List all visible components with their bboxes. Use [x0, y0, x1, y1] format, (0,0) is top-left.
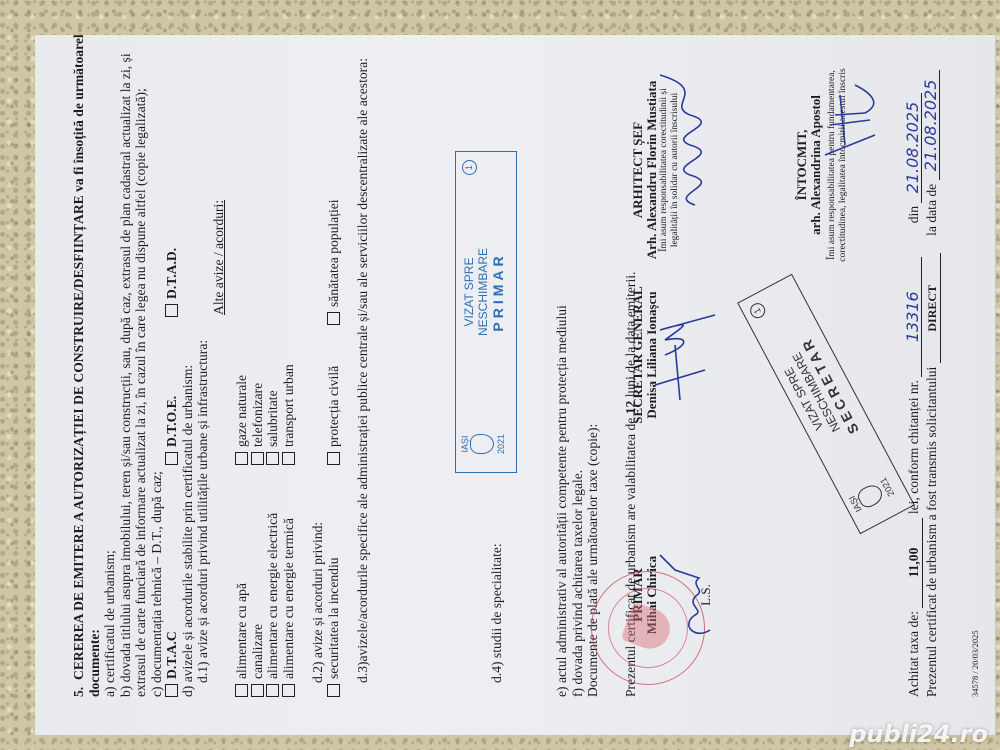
stamp-line2: NESCHIMBARE — [770, 314, 862, 471]
stamp-line1: VIZAT SPRE — [462, 192, 476, 392]
din-label: din — [906, 206, 921, 223]
utility-label: transport urban — [281, 364, 296, 447]
checkbox[interactable] — [327, 312, 340, 325]
utilities-left: alimentare cu apă canalizare alimentare … — [234, 465, 296, 697]
utility-option[interactable]: alimentare cu energie termică — [281, 465, 297, 697]
mayor-signature — [655, 530, 735, 650]
item-a: a) certificatul de urbanism; — [102, 65, 118, 697]
item-f: f) dovada privind achitarea taxelor lega… — [570, 65, 586, 697]
section-number: 5. — [71, 687, 86, 697]
receipt-number: 13316 — [905, 257, 922, 377]
utility-option[interactable]: telefonizare — [250, 364, 266, 465]
item-c: c) documentația tehnică – D.T., după caz… — [149, 65, 165, 697]
item-d1: d.1) avize și acorduri privind utilități… — [195, 65, 211, 697]
utility-option[interactable]: gaze naturale — [234, 364, 250, 465]
utility-option[interactable]: salubritate — [265, 364, 281, 465]
utility-option[interactable]: alimentare cu apă — [234, 465, 250, 697]
checkbox[interactable] — [282, 684, 295, 697]
transmission-mode: DIRECT — [924, 253, 941, 363]
other-approvals-header: Alte avize / acorduri: — [211, 65, 227, 697]
stamp-number: 1 — [748, 301, 768, 321]
utilities-grid: alimentare cu apă canalizare alimentare … — [234, 65, 296, 697]
checkbox[interactable] — [282, 452, 295, 465]
item-d3: d.3)avizele/acordurile specifice ale adm… — [355, 65, 371, 697]
stamp-role: PRIMAR — [490, 192, 506, 392]
checkbox[interactable] — [165, 452, 178, 465]
utility-option[interactable]: transport urban — [281, 364, 297, 465]
d2-option[interactable]: sănătatea populației — [326, 199, 342, 325]
stamp-year: 2021 — [496, 424, 506, 464]
document-photo: 5. CEREREA DE EMITERE A AUTORIZAȚIEI DE … — [35, 35, 995, 735]
utility-label: salubritate — [265, 390, 280, 447]
dt-option-label: D.T.A.C — [164, 631, 179, 679]
crest-icon — [470, 434, 494, 454]
utility-option[interactable]: alimentare cu energie electrică — [265, 465, 281, 697]
transmission-line: Prezentul certificat de urbanism a fost … — [923, 55, 941, 697]
dt-option-label: D.T.O.E. — [164, 396, 179, 447]
payment-amount: 11,00 — [906, 518, 923, 608]
d2-option-label: securitatea la incendiu — [326, 557, 341, 679]
stamp-text: VIZAT SPRE NESCHIMBARE SECRETAR — [758, 306, 877, 477]
publi24-watermark: publi24.ro — [849, 720, 988, 748]
dt-option[interactable]: D.T.O.E. — [164, 317, 180, 465]
dt-option-label: D.T.A.D. — [164, 248, 179, 299]
receipt-date: 21.08.2025 — [905, 93, 922, 203]
stamp-text: VIZAT SPRE NESCHIMBARE PRIMAR — [462, 192, 506, 392]
d2-option-label: sănătatea populației — [326, 199, 341, 307]
checkbox[interactable] — [235, 452, 248, 465]
primar-approval-stamp: IAȘI 2021 VIZAT SPRE NESCHIMBARE PRIMAR … — [455, 151, 517, 473]
dt-options: D.T.A.C D.T.O.E. D.T.A.D. — [164, 65, 180, 697]
secretary-signature — [645, 295, 725, 415]
urbanism-certificate-page: 5. CEREREA DE EMITERE A AUTORIZAȚIEI DE … — [35, 35, 995, 735]
utility-label: alimentare cu apă — [234, 583, 249, 679]
utility-label: alimentare cu energie electrică — [265, 513, 280, 679]
stamp-city: IAȘI — [460, 424, 470, 464]
stamp-city-crest: IAȘI 2021 — [842, 467, 901, 524]
dt-option[interactable]: D.T.A.C — [164, 465, 180, 697]
checkbox[interactable] — [251, 452, 264, 465]
d2-option-label: protecția civilă — [326, 366, 341, 447]
transmission-label: Prezentul certificat de urbanism a fost … — [924, 367, 939, 697]
utility-option[interactable]: canalizare — [250, 465, 266, 697]
checkbox[interactable] — [266, 684, 279, 697]
item-d2: d.2) avize și acorduri privind: — [310, 65, 326, 697]
payment-section: Achitat taxa de: 11,00 lei, conform chit… — [905, 55, 983, 697]
checkbox[interactable] — [266, 452, 279, 465]
la-data-de-label: la data de — [924, 184, 939, 236]
prepared-title: ÎNTOCMIT, — [795, 45, 809, 285]
d2-options: securitatea la incendiu protecția civilă… — [326, 65, 342, 697]
checkbox[interactable] — [251, 684, 264, 697]
item-b-line2: extrasul de carte funciară de informare … — [133, 65, 149, 697]
stamp-number: 1 — [462, 160, 477, 175]
document-reference: 34578 / 20/03/2025 — [967, 55, 983, 697]
section-heading: 5. CEREREA DE EMITERE A AUTORIZAȚIEI DE … — [71, 65, 87, 697]
architect-signature — [655, 65, 735, 215]
utilities-right: gaze naturale telefonizare salubritate t… — [234, 364, 296, 465]
section-heading-cont: documente: — [87, 65, 103, 697]
payment-label: Achitat taxa de: — [906, 611, 921, 697]
item-b-line1: b) dovada titlului asupra imobilului, te… — [118, 65, 134, 697]
transmission-date: 21.08.2025 — [923, 70, 940, 180]
secretar-approval-stamp: IAȘI 2021 VIZAT SPRE NESCHIMBARE SECRETA… — [737, 274, 915, 534]
item-d: d) avizele și acordurile stabilite prin … — [180, 65, 196, 697]
checkbox[interactable] — [235, 684, 248, 697]
payment-receipt-label: lei, conform chitanței nr. — [906, 380, 921, 514]
d2-option[interactable]: protecția civilă — [326, 325, 342, 465]
stamp-line2: NESCHIMBARE — [476, 192, 490, 392]
dt-option[interactable]: D.T.A.D. — [164, 248, 180, 317]
checkbox[interactable] — [165, 684, 178, 697]
document-body: 5. CEREREA DE EMITERE A AUTORIZAȚIEI DE … — [71, 65, 638, 697]
utility-label: gaze naturale — [234, 375, 249, 447]
utility-label: canalizare — [250, 624, 265, 679]
utility-label: alimentare cu energie termică — [281, 518, 296, 679]
checkbox[interactable] — [327, 684, 340, 697]
architect-title: ARHITECT ȘEF — [631, 50, 645, 290]
checkbox[interactable] — [327, 452, 340, 465]
stamp-city-crest: IAȘI 2021 — [460, 424, 506, 464]
checkbox[interactable] — [165, 304, 178, 317]
item-e: e) actul administrativ al autorității co… — [554, 65, 570, 697]
d2-option[interactable]: securitatea la incendiu — [326, 465, 342, 697]
section-heading-text: CEREREA DE EMITERE A AUTORIZAȚIEI DE CON… — [71, 35, 86, 680]
prepared-signature — [815, 75, 885, 175]
utility-label: telefonizare — [250, 383, 265, 447]
